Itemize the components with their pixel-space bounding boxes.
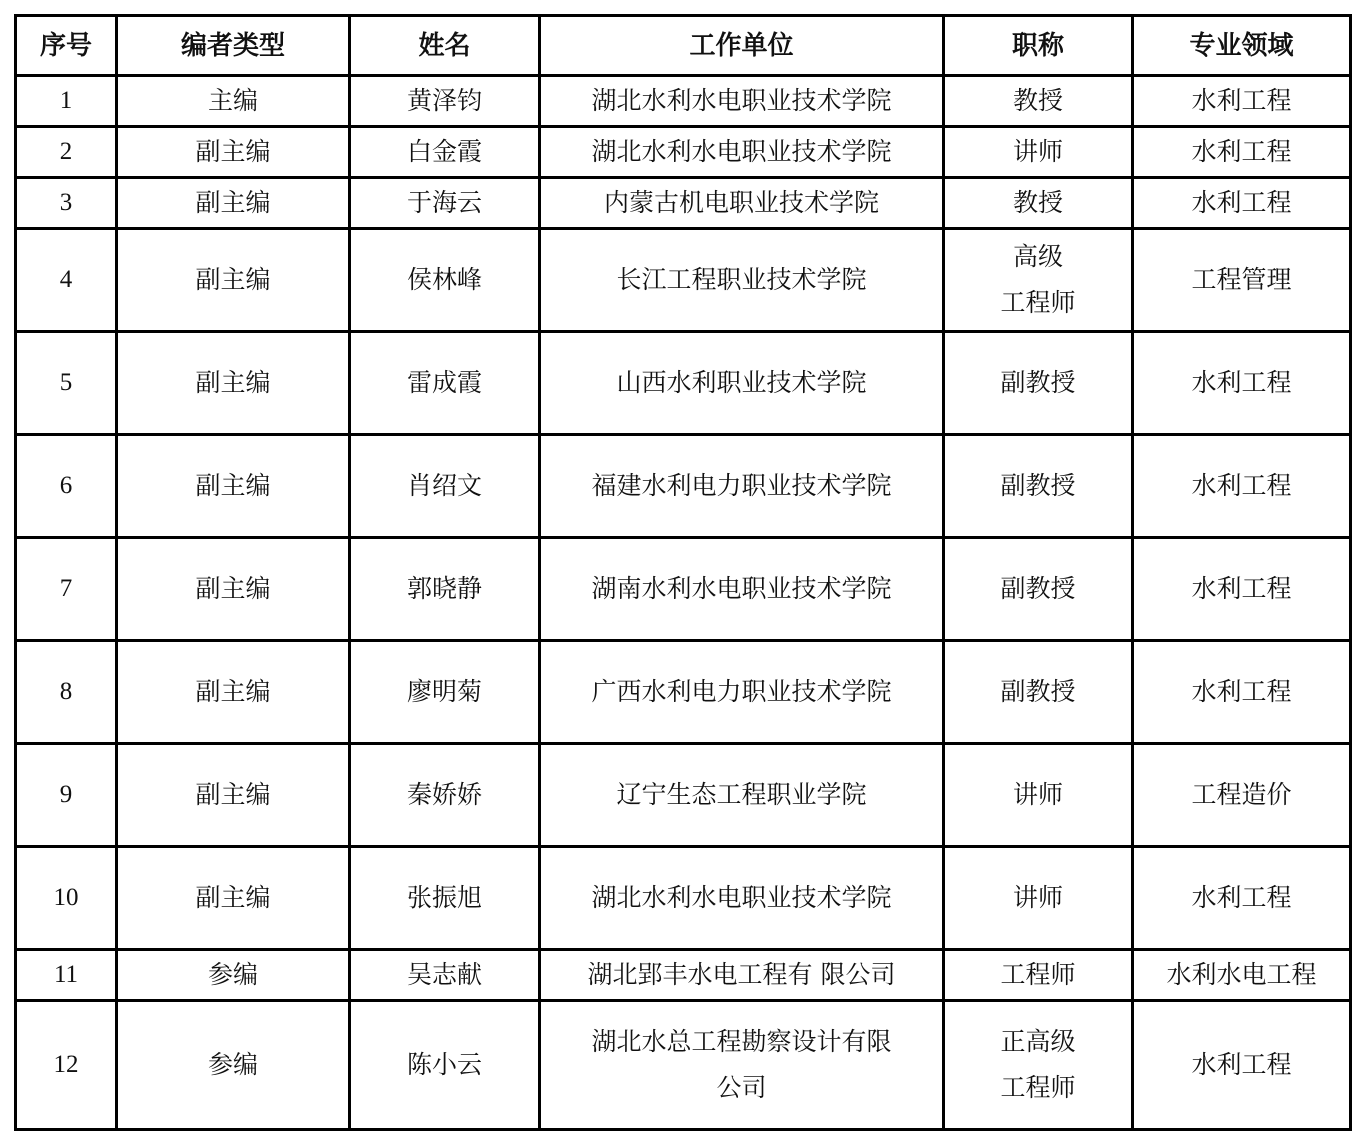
cell-name: 黄泽钧	[350, 76, 540, 127]
column-header-index: 序号	[16, 16, 117, 76]
cell-title: 教授	[944, 178, 1133, 229]
cell-field: 水利工程	[1133, 178, 1351, 229]
cell-work-unit: 山西水利职业技术学院	[540, 332, 944, 435]
cell-work-unit: 长江工程职业技术学院	[540, 229, 944, 332]
cell-index: 12	[16, 1001, 117, 1130]
cell-work-unit: 湖北郢丰水电工程有 限公司	[540, 950, 944, 1001]
cell-name: 白金霞	[350, 127, 540, 178]
cell-title: 高级 工程师	[944, 229, 1133, 332]
cell-editor-type: 参编	[117, 1001, 350, 1130]
cell-title: 讲师	[944, 744, 1133, 847]
cell-index: 9	[16, 744, 117, 847]
column-header-editor-type: 编者类型	[117, 16, 350, 76]
cell-editor-type: 副主编	[117, 847, 350, 950]
table-row: 10 副主编 张振旭 湖北水利水电职业技术学院 讲师 水利工程	[16, 847, 1351, 950]
cell-work-unit: 内蒙古机电职业技术学院	[540, 178, 944, 229]
cell-editor-type: 副主编	[117, 178, 350, 229]
cell-work-unit: 辽宁生态工程职业学院	[540, 744, 944, 847]
cell-field: 水利工程	[1133, 538, 1351, 641]
cell-editor-type: 副主编	[117, 744, 350, 847]
cell-editor-type: 副主编	[117, 435, 350, 538]
cell-work-unit: 湖北水利水电职业技术学院	[540, 127, 944, 178]
cell-title: 副教授	[944, 641, 1133, 744]
cell-editor-type: 参编	[117, 950, 350, 1001]
cell-name: 于海云	[350, 178, 540, 229]
cell-index: 4	[16, 229, 117, 332]
cell-name: 秦娇娇	[350, 744, 540, 847]
cell-title: 讲师	[944, 847, 1133, 950]
column-header-name: 姓名	[350, 16, 540, 76]
cell-editor-type: 副主编	[117, 538, 350, 641]
cell-field: 水利工程	[1133, 76, 1351, 127]
cell-work-unit: 湖北水利水电职业技术学院	[540, 847, 944, 950]
cell-work-unit: 广西水利电力职业技术学院	[540, 641, 944, 744]
cell-title-line-2: 工程师	[951, 1065, 1125, 1111]
cell-index: 8	[16, 641, 117, 744]
cell-field: 水利工程	[1133, 641, 1351, 744]
cell-editor-type: 副主编	[117, 127, 350, 178]
cell-title: 教授	[944, 76, 1133, 127]
column-header-work-unit: 工作单位	[540, 16, 944, 76]
cell-index: 1	[16, 76, 117, 127]
table-row: 9 副主编 秦娇娇 辽宁生态工程职业学院 讲师 工程造价	[16, 744, 1351, 847]
table-row: 11 参编 吴志献 湖北郢丰水电工程有 限公司 工程师 水利水电工程	[16, 950, 1351, 1001]
cell-field: 水利工程	[1133, 435, 1351, 538]
cell-title: 工程师	[944, 950, 1133, 1001]
column-header-field: 专业领域	[1133, 16, 1351, 76]
editor-list-table: 序号 编者类型 姓名 工作单位 职称 专业领域 1 主编 黄泽钧 湖北水利水电职…	[14, 14, 1352, 1131]
cell-name: 陈小云	[350, 1001, 540, 1130]
cell-field: 水利工程	[1133, 127, 1351, 178]
cell-editor-type: 副主编	[117, 229, 350, 332]
cell-index: 5	[16, 332, 117, 435]
cell-name: 雷成霞	[350, 332, 540, 435]
table-row: 7 副主编 郭晓静 湖南水利水电职业技术学院 副教授 水利工程	[16, 538, 1351, 641]
cell-title: 副教授	[944, 435, 1133, 538]
column-header-title: 职称	[944, 16, 1133, 76]
cell-title: 讲师	[944, 127, 1133, 178]
cell-index: 2	[16, 127, 117, 178]
cell-field: 水利工程	[1133, 332, 1351, 435]
cell-editor-type: 副主编	[117, 641, 350, 744]
cell-index: 11	[16, 950, 117, 1001]
cell-name: 吴志献	[350, 950, 540, 1001]
cell-name: 侯林峰	[350, 229, 540, 332]
cell-editor-type: 副主编	[117, 332, 350, 435]
table-row: 4 副主编 侯林峰 长江工程职业技术学院 高级 工程师 工程管理	[16, 229, 1351, 332]
cell-index: 6	[16, 435, 117, 538]
cell-editor-type: 主编	[117, 76, 350, 127]
cell-work-unit: 湖北水总工程勘察设计有限 公司	[540, 1001, 944, 1130]
cell-title: 正高级 工程师	[944, 1001, 1133, 1130]
cell-name: 张振旭	[350, 847, 540, 950]
table-row: 6 副主编 肖绍文 福建水利电力职业技术学院 副教授 水利工程	[16, 435, 1351, 538]
cell-name: 肖绍文	[350, 435, 540, 538]
table-row: 8 副主编 廖明菊 广西水利电力职业技术学院 副教授 水利工程	[16, 641, 1351, 744]
table-row: 3 副主编 于海云 内蒙古机电职业技术学院 教授 水利工程	[16, 178, 1351, 229]
cell-title-line-1: 正高级	[951, 1019, 1125, 1065]
cell-title: 副教授	[944, 332, 1133, 435]
cell-field: 水利工程	[1133, 1001, 1351, 1130]
cell-title: 副教授	[944, 538, 1133, 641]
cell-field: 水利工程	[1133, 847, 1351, 950]
table-row: 5 副主编 雷成霞 山西水利职业技术学院 副教授 水利工程	[16, 332, 1351, 435]
table-row: 1 主编 黄泽钧 湖北水利水电职业技术学院 教授 水利工程	[16, 76, 1351, 127]
cell-field: 工程造价	[1133, 744, 1351, 847]
cell-field: 工程管理	[1133, 229, 1351, 332]
cell-work-unit-line-1: 湖北水总工程勘察设计有限	[547, 1019, 936, 1065]
table-row: 2 副主编 白金霞 湖北水利水电职业技术学院 讲师 水利工程	[16, 127, 1351, 178]
cell-field: 水利水电工程	[1133, 950, 1351, 1001]
cell-work-unit: 湖北水利水电职业技术学院	[540, 76, 944, 127]
cell-index: 10	[16, 847, 117, 950]
cell-work-unit: 福建水利电力职业技术学院	[540, 435, 944, 538]
cell-work-unit-line-2: 公司	[547, 1065, 936, 1111]
cell-work-unit: 湖南水利水电职业技术学院	[540, 538, 944, 641]
cell-index: 3	[16, 178, 117, 229]
table-header-row: 序号 编者类型 姓名 工作单位 职称 专业领域	[16, 16, 1351, 76]
cell-title-line-1: 高级	[951, 234, 1125, 280]
cell-name: 郭晓静	[350, 538, 540, 641]
cell-index: 7	[16, 538, 117, 641]
cell-name: 廖明菊	[350, 641, 540, 744]
cell-title-line-2: 工程师	[951, 280, 1125, 326]
table-row: 12 参编 陈小云 湖北水总工程勘察设计有限 公司 正高级 工程师 水利工程	[16, 1001, 1351, 1130]
